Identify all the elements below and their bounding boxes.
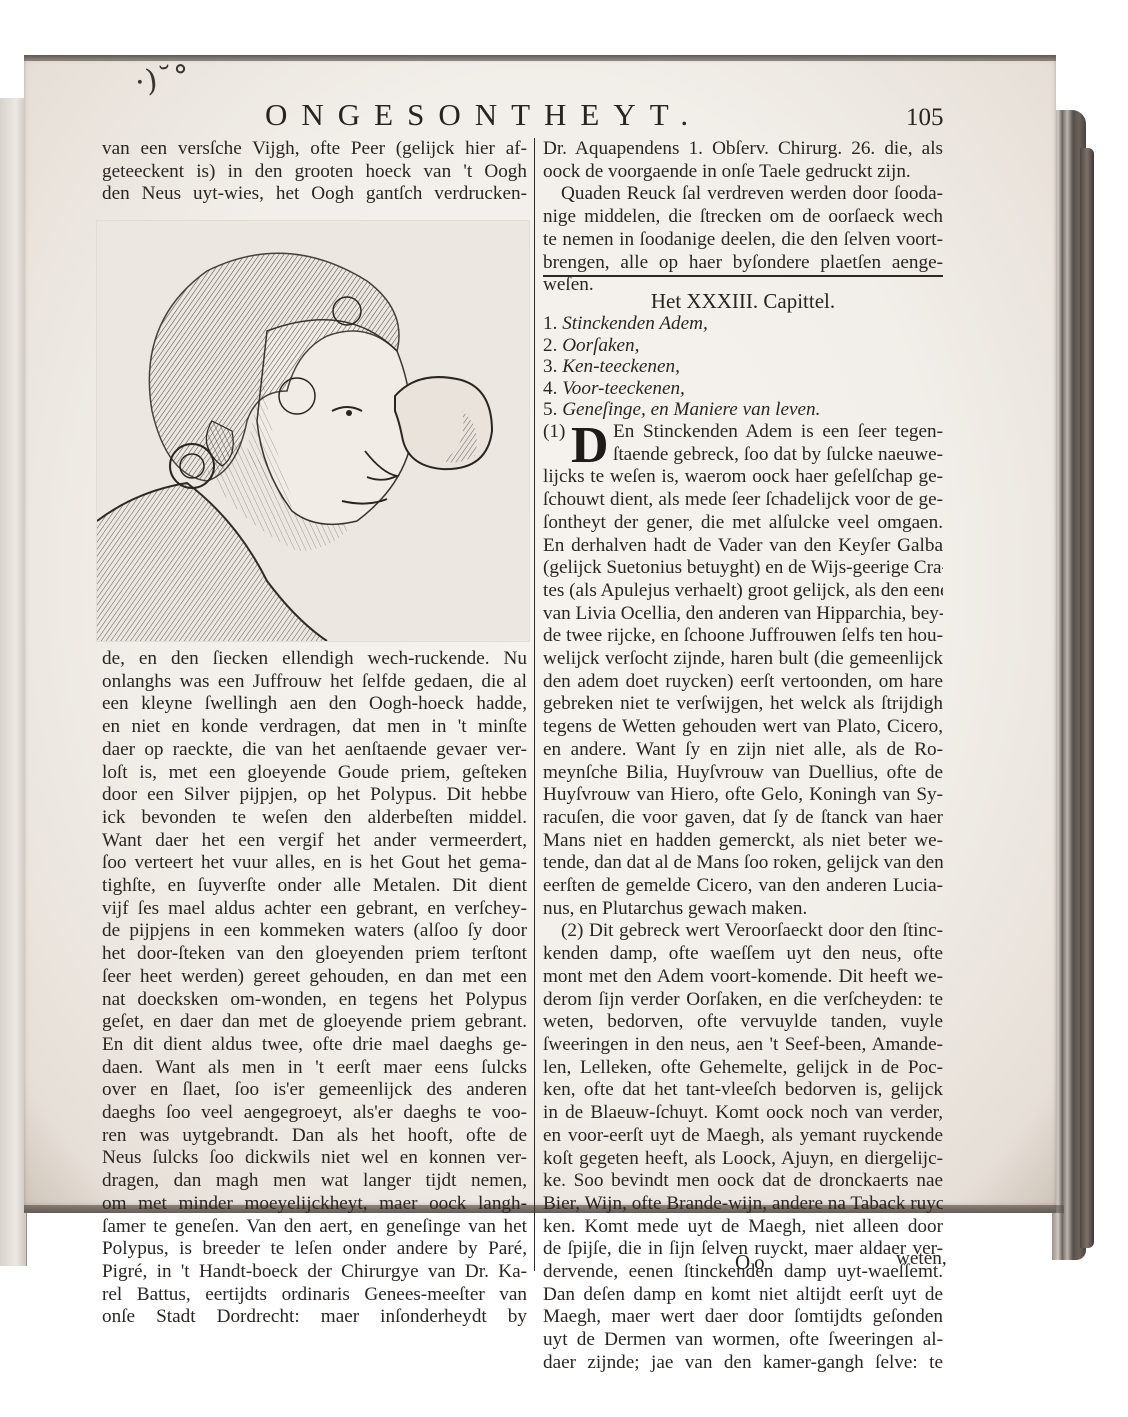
text-line: tighſte, en ſuyverſte onder alle Metalen… xyxy=(102,875,527,898)
text-line: ken, ofte dat het tant-vleeſch bedorven … xyxy=(543,1079,943,1102)
left-column-body: de, en den ſiecken ellendigh wech-rucken… xyxy=(102,648,527,1329)
text-line: van Livia Ocellia, den anderen van Hippa… xyxy=(543,603,943,626)
text-line: tegens de Wetten gehouden wert van Plato… xyxy=(543,716,943,739)
text-line: den Neus uyt-wies, het Oogh gantſch verd… xyxy=(102,183,527,206)
text-line: weten, bedorven, ofte vervuylde tanden, … xyxy=(543,1011,943,1034)
text-line: ſtaende gebreck, ſoo dat by ſulcke naeuw… xyxy=(543,444,943,467)
text-line: daen. Want als men in 't eerſt maer eens… xyxy=(102,1057,527,1080)
running-head: ONGESONTHEYT. xyxy=(265,97,702,133)
text-line: tes (als Apulejus verhaelt) groot gelijc… xyxy=(543,580,943,603)
text-line: oock de voorgaende in onſe Taele gedruck… xyxy=(543,161,943,184)
facing-page-edge xyxy=(0,98,27,1266)
text-line: ſoo verteert het vuur alles, en is het G… xyxy=(102,852,527,875)
text-line: Dr. Aquapendens 1. Obſerv. Chirurg. 26. … xyxy=(543,138,943,161)
text-line: in de Blaeuw-ſchuyt. Komt oock noch van … xyxy=(543,1102,943,1125)
text-line: en niet en konde verdragen, dat men in '… xyxy=(102,716,527,739)
text-line: onſe Stadt Dordrecht: maer inſonderheydt… xyxy=(102,1306,527,1329)
text-line: derom ſijn verder Oorſaken, en die verſc… xyxy=(543,989,943,1012)
right-column-body: En Stinckenden Adem is een ſeer tegen- ſ… xyxy=(543,421,943,1375)
list-item: 2. Oorſaken, xyxy=(543,335,943,357)
text-line: uyt de Dermen van wormen, ofte ſweeringe… xyxy=(543,1329,943,1352)
text-line: rel Battus, eertijdts ordinaris Genees-m… xyxy=(102,1284,527,1307)
text-line: onlanghs was een Juffrouw het ſelfde ged… xyxy=(102,671,527,694)
chapter-contents-list: 1. Stinckenden Adem, 2. Oorſaken, 3. Ken… xyxy=(543,313,943,421)
text-line: een kleyne ſwellingh aen den Oogh-hoeck … xyxy=(102,693,527,716)
text-line: En Stinckenden Adem is een ſeer tegen- xyxy=(543,421,943,444)
text-line: ken. Komt mede uyt de Maegh, niet alleen… xyxy=(543,1216,943,1239)
text-line: En dit dient aldus twee, ofte drie mael … xyxy=(102,1034,527,1057)
printer-signature-mark: Oo xyxy=(735,1250,769,1275)
text-line: te nemen in ſoodanige deelen, die den ſe… xyxy=(543,229,943,252)
text-line: ick bevonden te weſen den alderbeſten mi… xyxy=(102,807,527,830)
text-line: ſweeringen in den neus, aen 't Seef-been… xyxy=(543,1034,943,1057)
text-line: daer zijnde; jae van den kamer-gangh ſel… xyxy=(543,1352,943,1375)
text-line: Dan deſen damp en komt niet altijdt eerſ… xyxy=(543,1284,943,1307)
text-line: daer op raeckte, die van het aenſtaende … xyxy=(102,739,527,762)
text-line: daeghs ſoo veel aengegroeyt, als'er daeg… xyxy=(102,1102,527,1125)
text-line: ſchouwt dient, als mede ſeer ſchadelijck… xyxy=(543,489,943,512)
text-line: geſet, en daer dan met de gloeyende prie… xyxy=(102,1011,527,1034)
text-line: geteeckent is) in den grooten hoeck van … xyxy=(102,161,527,184)
list-item: 3. Ken-teeckenen, xyxy=(543,356,943,378)
text-line: van een versſche Vijgh, ofte Peer (gelij… xyxy=(102,138,527,161)
right-column-top: Dr. Aquapendens 1. Obſerv. Chirurg. 26. … xyxy=(543,138,943,297)
text-line: Neus ſulcks ſoo dickwils niet wel en kon… xyxy=(102,1147,527,1170)
text-line: en voor-eerſt uyt de Maegh, als yemant r… xyxy=(543,1125,943,1148)
text-line: brengen, alle op haer byſondere plaetſen… xyxy=(543,252,943,275)
text-line: (2) Dit gebreck wert Veroorſaeckt door d… xyxy=(543,920,943,943)
list-item: 1. Stinckenden Adem, xyxy=(543,313,943,335)
text-line: Quaden Reuck ſal verdreven werden door ſ… xyxy=(543,183,943,206)
text-line: eerſten de gemelde Cicero, van den ander… xyxy=(543,875,943,898)
text-line: welijck verſocht zijnde, haren bult (die… xyxy=(543,648,943,671)
text-line: koſt gegeten heeft, als Loock, Ajuyn, en… xyxy=(543,1148,943,1171)
text-line: ren was uytgebrandt. Dan als het hooft, … xyxy=(102,1125,527,1148)
engraving-illustration xyxy=(96,220,530,642)
page-number: 105 xyxy=(906,104,944,132)
book-cover-board xyxy=(1080,148,1094,1248)
text-line: tende, dan dat al de Mans ſoo roken, gel… xyxy=(543,852,943,875)
text-line: lijcks te weſen is, waerom oock haer geſ… xyxy=(543,466,943,489)
text-line: over en ſlaet, ſoo is'er gemeenlijck des… xyxy=(102,1079,527,1102)
text-line: door een Silver pijpjen, op het Polypus.… xyxy=(102,784,527,807)
text-line: dragen, dan magh men wat langer tijdt ne… xyxy=(102,1170,527,1193)
list-item: 4. Voor-teeckenen, xyxy=(543,378,943,400)
portrait-with-eye-polyp-icon xyxy=(97,221,529,641)
chapter-rule xyxy=(543,275,943,277)
text-line: (gelijck Suetonius betuyght) en de Wijs-… xyxy=(543,557,943,580)
text-line: het door-ſteken van den gloeyenden priem… xyxy=(102,943,527,966)
text-line: Maegh, maer wert daer door ſomtijdts geſ… xyxy=(543,1306,943,1329)
text-line: den adem doet ruycken) eerſt vertoonden,… xyxy=(543,671,943,694)
text-line: de pijpjens in een kommeken waters (alſo… xyxy=(102,920,527,943)
text-line: kenden damp, ofte waeſſem uyt den neus, … xyxy=(543,943,943,966)
text-line: meynſche Bilia, Huyſvrouw van Duellius, … xyxy=(543,762,943,785)
text-line: Mans niet en hadden gemerckt, als niet b… xyxy=(543,830,943,853)
text-line: Bier, Wijn, ofte Brande-wijn, andere na … xyxy=(543,1193,943,1216)
text-line: Polypus, is breeder te leſen onder ander… xyxy=(102,1238,527,1261)
text-line: om met minder moeyelijckheyt, maer oock … xyxy=(102,1193,527,1216)
text-line: en andere. Want ſy en zijn niet alle, al… xyxy=(543,739,943,762)
text-line: len, Lelleken, ofte Gehemelte, gelijck i… xyxy=(543,1057,943,1080)
left-column-top: van een versſche Vijgh, ofte Peer (gelij… xyxy=(102,138,527,206)
text-line: gebreken niet te verſwijgen, het welck a… xyxy=(543,693,943,716)
text-line: de, en den ſiecken ellendigh wech-rucken… xyxy=(102,648,527,671)
text-line: En derhalven hadt de Vader van den Keyſe… xyxy=(543,535,943,558)
text-line: nus, en Plutarchus gewach maken. xyxy=(543,898,943,921)
text-line: nige middelen, die ſtrecken om de oorſae… xyxy=(543,206,943,229)
chapter-title: Het XXXIII. Capittel. xyxy=(543,289,943,314)
catchword: weten, xyxy=(896,1248,947,1270)
text-line: loſt is, met een gloeyende Goude priem, … xyxy=(102,762,527,785)
text-line: ſontheyt der gener, die met alſulcke vee… xyxy=(543,512,943,535)
text-line: vijf ſes mael aldus achter een gebrant, … xyxy=(102,898,527,921)
text-line: ke. Soo bevindt men oock dat de dronckae… xyxy=(543,1170,943,1193)
column-divider xyxy=(534,138,535,1271)
text-line: racuſen, die voor gaven, dat ſy de ſtanc… xyxy=(543,807,943,830)
text-line: Want daer het een vergif het ander verme… xyxy=(102,830,527,853)
text-line: ſamer te geneſen. Van den aert, en geneſ… xyxy=(102,1216,527,1239)
text-line: Huyſvrouw van Hiero, ofte Gelo, Koningh … xyxy=(543,784,943,807)
text-line: nat doecksken om-wonden, en tegens het P… xyxy=(102,989,527,1012)
text-line: mont met den Adem voort-komende. Dit hee… xyxy=(543,966,943,989)
text-line: de twee rijcke, en ſchoone Juffrouwen ſe… xyxy=(543,625,943,648)
text-line: ſeer heet werden) gereet gehouden, en da… xyxy=(102,966,527,989)
text-line: Pigré, in 't Handt-boeck der Chirurgye v… xyxy=(102,1261,527,1284)
